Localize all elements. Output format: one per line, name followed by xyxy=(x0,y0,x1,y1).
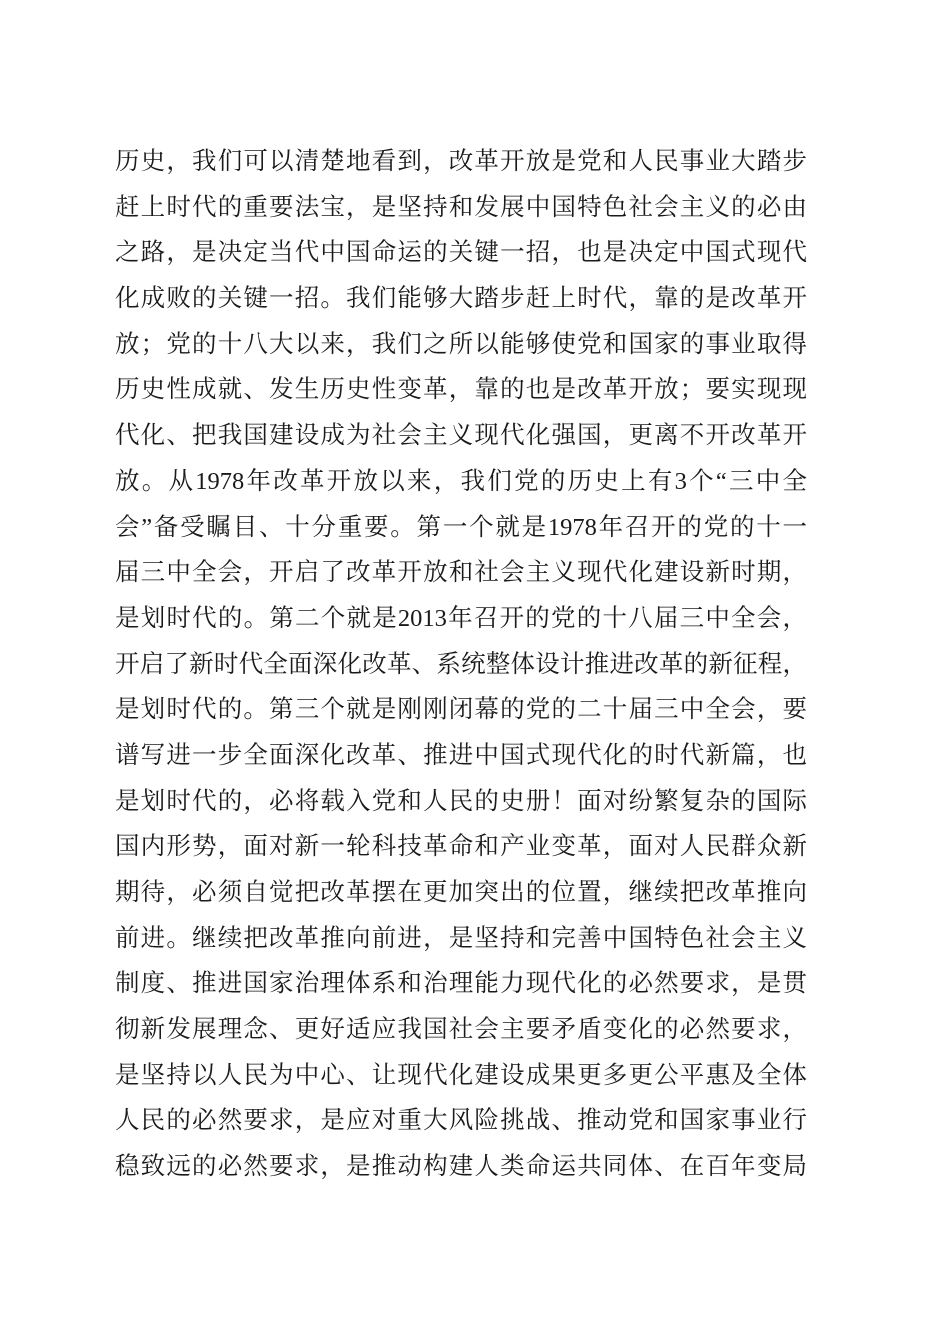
text-line: 国内形势，面对新一轮科技革命和产业变革，面对人民群众新 xyxy=(115,824,807,870)
text-line: 赶上时代的重要法宝，是坚持和发展中国特色社会主义的必由 xyxy=(115,185,807,231)
text-line: 届三中全会，开启了改革开放和社会主义现代化建设新时期， xyxy=(115,550,807,596)
text-line: 历史性成就、发生历史性变革，靠的也是改革开放；要实现现 xyxy=(115,367,807,413)
text-line: 期待，必须自觉把改革摆在更加突出的位置，继续把改革推向 xyxy=(115,870,807,916)
text-line: 制度、推进国家治理体系和治理能力现代化的必然要求，是贯 xyxy=(115,961,807,1007)
text-line: 会”备受瞩目、十分重要。第一个就是1978年召开的党的十一 xyxy=(115,505,807,551)
text-line: 开启了新时代全面深化改革、系统整体设计推进改革的新征程， xyxy=(115,642,807,688)
text-line: 代化、把我国建设成为社会主义现代化强国，更离不开改革开 xyxy=(115,413,807,459)
paragraph-text: 历史，我们可以清楚地看到，改革开放是党和人民事业大踏步 赶上时代的重要法宝，是坚… xyxy=(115,139,807,1190)
text-line: 前进。继续把改革推向前进，是坚持和完善中国特色社会主义 xyxy=(115,916,807,962)
text-line: 是划时代的。第三个就是刚刚闭幕的党的二十届三中全会，要 xyxy=(115,687,807,733)
text-line: 化成败的关键一招。我们能够大踏步赶上时代，靠的是改革开 xyxy=(115,276,807,322)
text-line: 放；党的十八大以来，我们之所以能够使党和国家的事业取得 xyxy=(115,322,807,368)
text-line: 是划时代的，必将载入党和人民的史册！面对纷繁复杂的国际 xyxy=(115,779,807,825)
document-page: 历史，我们可以清楚地看到，改革开放是党和人民事业大踏步 赶上时代的重要法宝，是坚… xyxy=(0,0,950,1344)
text-line: 彻新发展理念、更好适应我国社会主要矛盾变化的必然要求， xyxy=(115,1007,807,1053)
text-line: 稳致远的必然要求，是推动构建人类命运共同体、在百年变局 xyxy=(115,1144,807,1190)
text-line: 历史，我们可以清楚地看到，改革开放是党和人民事业大踏步 xyxy=(115,139,807,185)
text-line: 是坚持以人民为中心、让现代化建设成果更多更公平惠及全体 xyxy=(115,1053,807,1099)
text-line: 之路，是决定当代中国命运的关键一招，也是决定中国式现代 xyxy=(115,230,807,276)
text-line: 放。从1978年改革开放以来，我们党的历史上有3个“三中全 xyxy=(115,459,807,505)
text-line: 谱写进一步全面深化改革、推进中国式现代化的时代新篇，也 xyxy=(115,733,807,779)
text-line: 是划时代的。第二个就是2013年召开的党的十八届三中全会， xyxy=(115,596,807,642)
text-line: 人民的必然要求，是应对重大风险挑战、推动党和国家事业行 xyxy=(115,1098,807,1144)
